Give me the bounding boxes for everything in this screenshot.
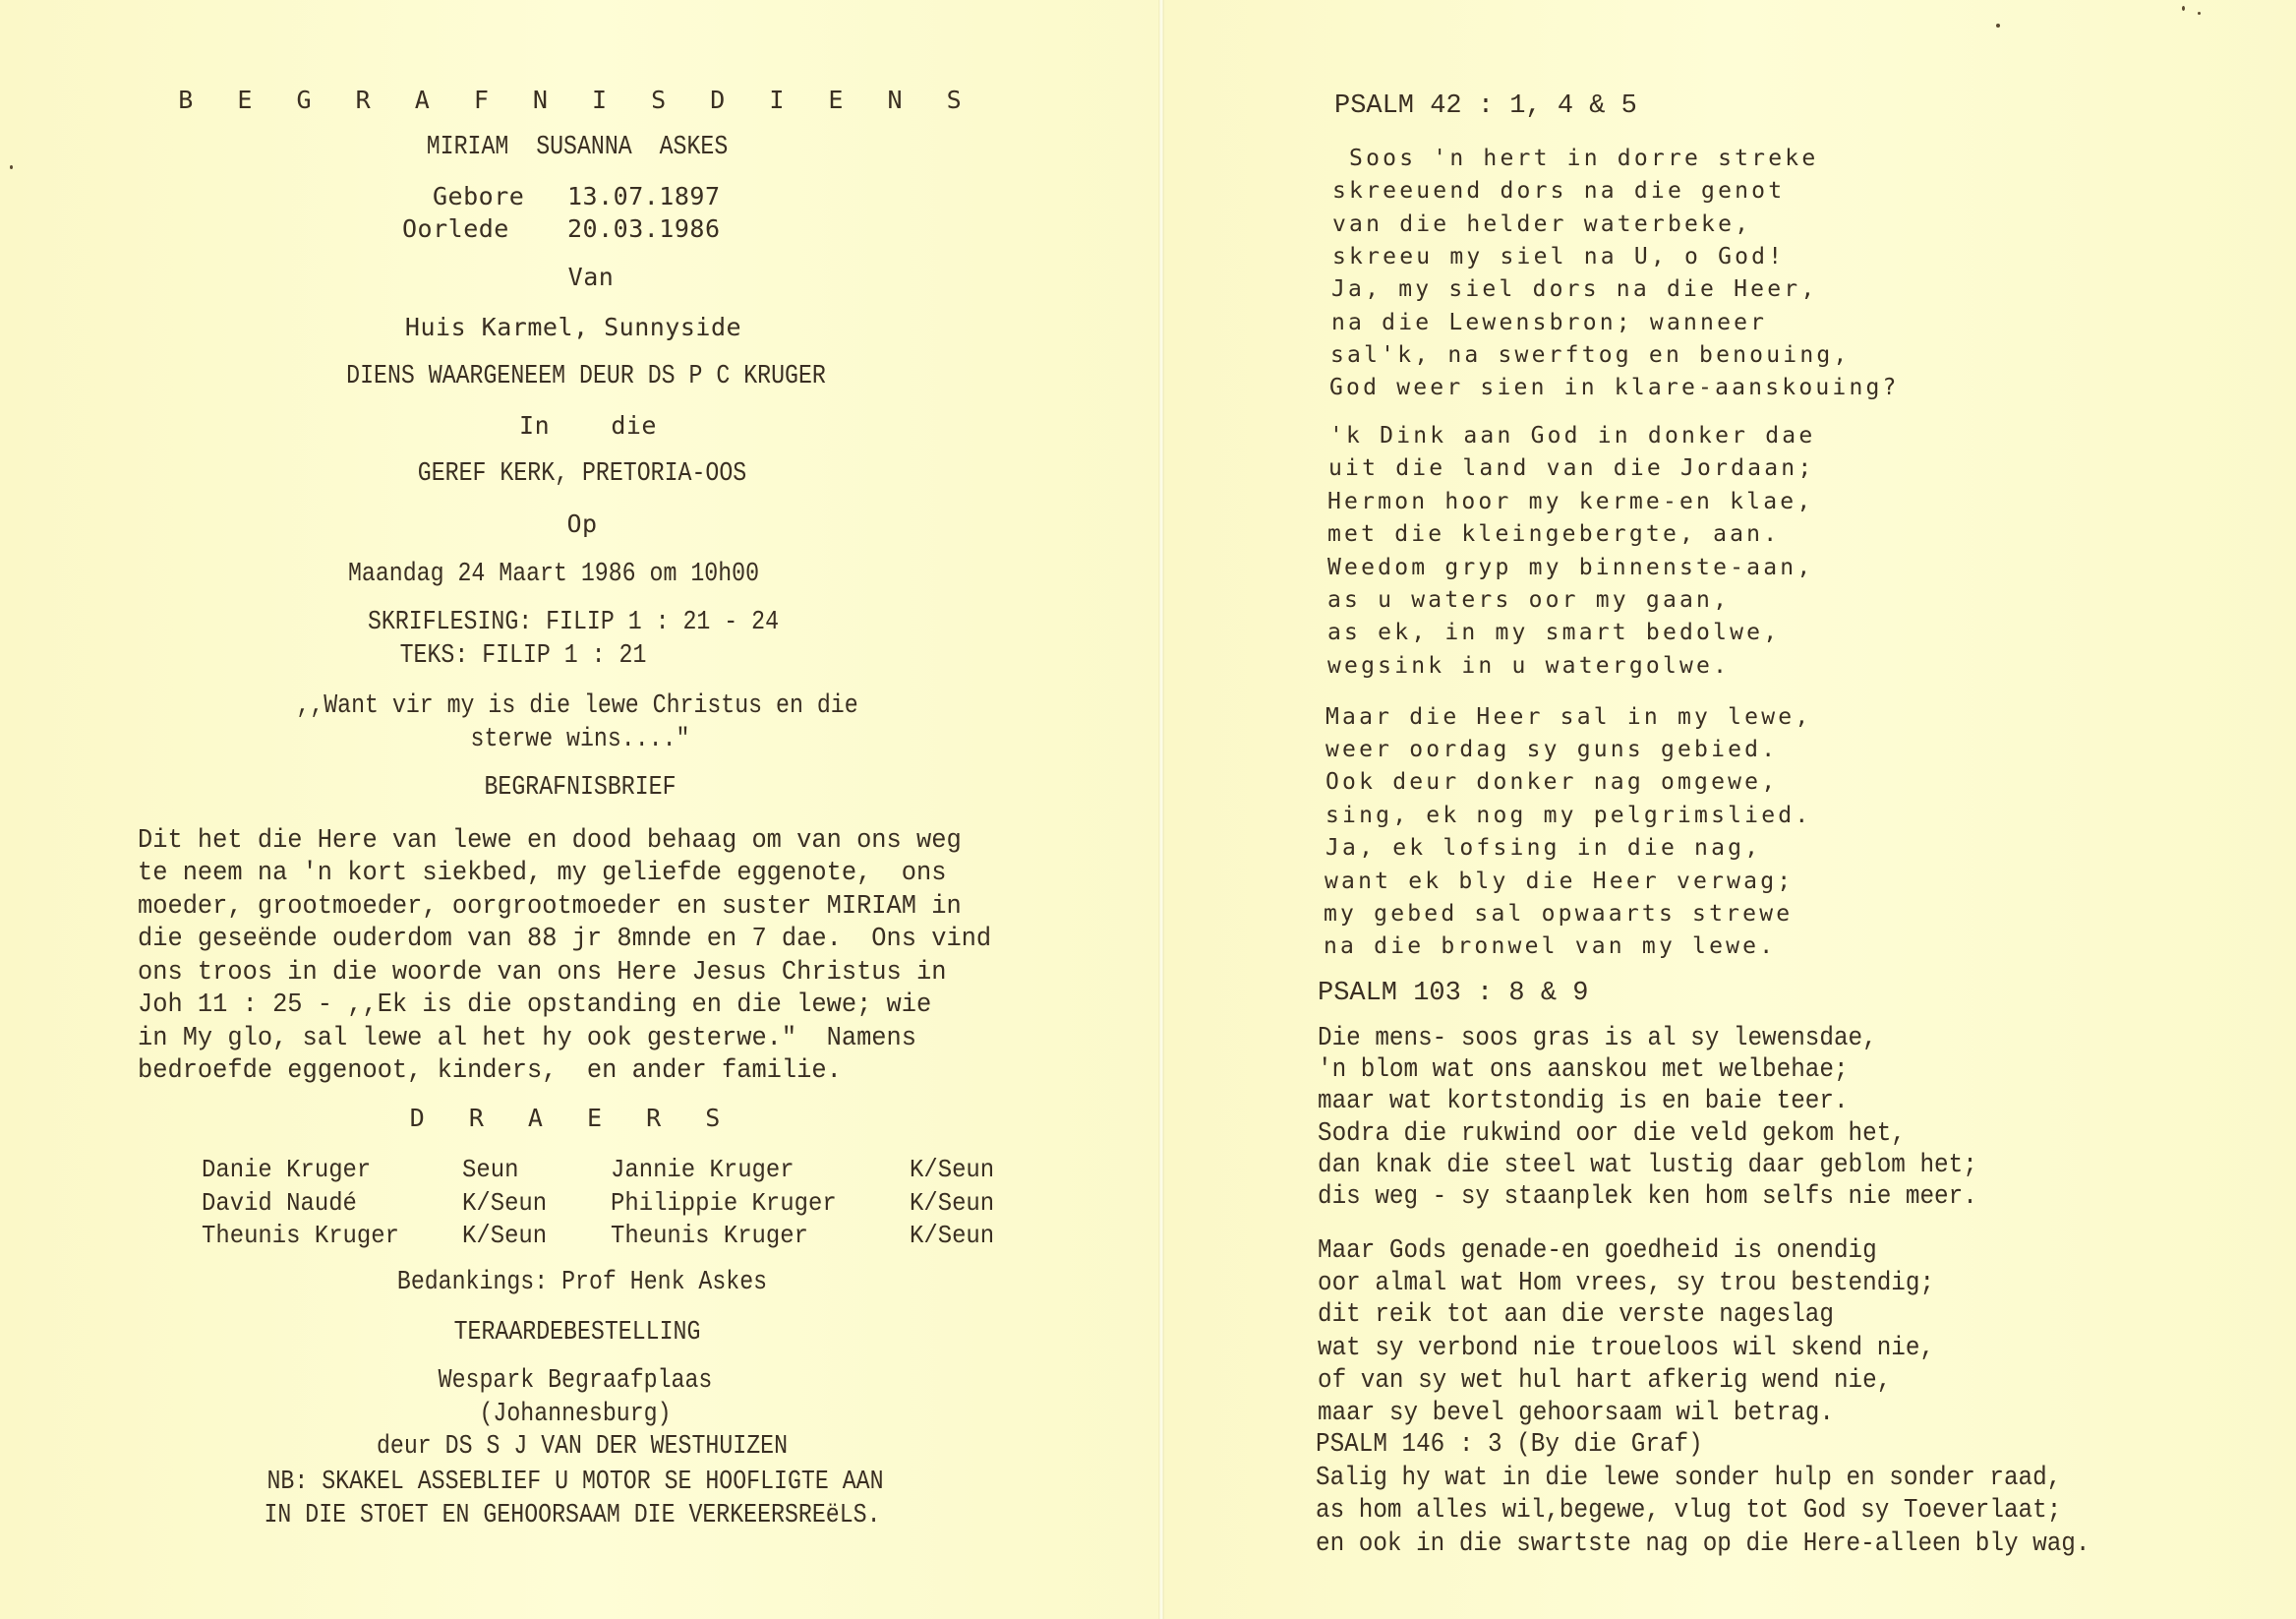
text-reference: TEKS: FILIP 1 : 21: [400, 643, 647, 670]
pallbearer-relation: K/Seun: [910, 1188, 994, 1218]
verse-line: Die mens- soos gras is al sy lewensdae,: [1318, 1024, 1877, 1053]
verse-line: as ek, in my smart bedolwe,: [1327, 620, 1780, 645]
pallbearer-name: Theunis Kruger: [202, 1221, 399, 1250]
verse-line: Maar die Heer sal in my lewe,: [1325, 704, 1811, 730]
pallbearer-name: Philippie Kruger: [611, 1188, 837, 1218]
verse-line: uit die land van die Jordaan;: [1328, 455, 1814, 481]
service-datetime: Maandag 24 Maart 1986 om 10h00: [348, 562, 759, 588]
letter-line: bedroefde eggenoot, kinders, en ander fa…: [138, 1056, 842, 1086]
pallbearer-name: Danie Kruger: [202, 1155, 371, 1184]
verse-line: maar wat kortstondig is en baie teer.: [1318, 1087, 1849, 1116]
pallbearer-name: Jannie Kruger: [611, 1155, 795, 1184]
letter-line: te neem na 'n kort siekbed, my geliefde …: [138, 859, 946, 888]
letter-line: in My glo, sal lewe al het hy ook gester…: [138, 1024, 916, 1053]
born-date: 13.07.1897: [567, 184, 721, 209]
verse-line: oor almal wat Hom vrees, sy trou bestend…: [1318, 1269, 1934, 1298]
verse-line: 'n blom wat ons aanskou met welbehae;: [1318, 1055, 1849, 1085]
verse-line: Sodra die rukwind oor die veld gekom het…: [1318, 1119, 1906, 1149]
verse-line: sal'k, na swerftog en benouing,: [1330, 342, 1850, 368]
paper-speck: [10, 165, 13, 169]
pallbearer-name: David Naudé: [202, 1188, 357, 1218]
burial-heading: TERAARDEBESTELLING: [454, 1320, 701, 1347]
pallbearer-relation: K/Seun: [910, 1221, 994, 1250]
quote-line-1: ,,Want vir my is die lewe Christus en di…: [296, 693, 857, 720]
letter-line: Dit het die Here van lewe en dood behaag…: [138, 826, 962, 856]
notice-line-1: NB: SKAKEL ASSEBLIEF U MOTOR SE HOOFLIGT…: [266, 1469, 883, 1496]
verse-line: dan knak die steel wat lustig daar geblo…: [1318, 1151, 1977, 1180]
psalm-146-heading: PSALM 146 : 3 (By die Graf): [1316, 1430, 1703, 1460]
born-label: Gebore: [433, 184, 524, 209]
verse-line: my gebed sal opwaarts strewe: [1324, 901, 1793, 927]
verse-line: Soos 'n hert in dorre streke: [1332, 146, 1818, 171]
verse-line: Weedom gryp my binnenste-aan,: [1327, 555, 1813, 580]
pallbearers-heading: D R A E R S: [410, 1106, 736, 1130]
page-fold: [1158, 0, 1164, 1619]
verse-line: wegsink in u watergolwe.: [1327, 653, 1730, 679]
pallbearer-relation: K/Seun: [910, 1155, 994, 1184]
verse-line: Ja, ek lofsing in die nag,: [1325, 835, 1761, 861]
pallbearer-relation: K/Seun: [462, 1188, 547, 1218]
verse-line: dit reik tot aan die verste nageslag: [1318, 1300, 1834, 1330]
letter-line: ons troos in die woorde van ons Here Jes…: [138, 958, 946, 988]
pallbearer-relation: Seun: [462, 1155, 518, 1184]
verse-line: Ja, my siel dors na die Heer,: [1331, 276, 1817, 302]
verse-line: want ek bly die Heer verwag;: [1325, 869, 1794, 894]
verse-line: 'k Dink aan God in donker dae: [1329, 423, 1815, 449]
paper-speck: [2182, 6, 2185, 11]
psalm-103-heading: PSALM 103 : 8 & 9: [1318, 981, 1588, 1007]
letter-heading: BEGRAFNISBRIEF: [484, 775, 676, 802]
verse-line: maar sy bevel gehoorsaam wil betrag.: [1318, 1399, 1834, 1428]
pallbearer-relation: K/Seun: [462, 1221, 547, 1250]
notice-line-2: IN DIE STOET EN GEHOORSAAM DIE VERKEERSR…: [264, 1503, 880, 1529]
pallbearer-name: Theunis Kruger: [611, 1221, 808, 1250]
verse-line: as hom alles wil,begewe, vlug tot God sy…: [1316, 1496, 2061, 1526]
verse-line: Maar Gods genade-en goedheid is onendig: [1318, 1236, 1877, 1266]
in-label: In die: [519, 413, 657, 438]
residence: Huis Karmel, Sunnyside: [405, 315, 741, 339]
church: GEREF KERK, PRETORIA-OOS: [418, 461, 746, 488]
verse-line: weer oordag sy guns gebied.: [1325, 737, 1778, 762]
psalm-42-heading: PSALM 42 : 1, 4 & 5: [1334, 93, 1637, 120]
deceased-name: MIRIAM SUSANNA ASKES: [427, 135, 729, 161]
verse-line: en ook in die swartste nag op die Here-a…: [1316, 1529, 2090, 1559]
verse-line: na die bronwel van my lewe.: [1324, 933, 1776, 959]
verse-line: na die Lewensbron; wanneer: [1331, 310, 1767, 335]
cemetery: Wespark Begraafplaas: [439, 1368, 713, 1395]
document-title: B E G R A F N I S D I E N S: [178, 88, 975, 112]
verse-line: skreeuend dors na die genot: [1332, 178, 1785, 204]
letter-line: Joh 11 : 25 - ,,Ek is die opstanding en …: [138, 990, 931, 1020]
verse-line: sing, ek nog my pelgrimslied.: [1325, 803, 1811, 828]
verse-line: met die kleingebergte, aan.: [1327, 521, 1780, 547]
from-label: Van: [568, 265, 615, 289]
city: (Johannesburg): [479, 1402, 671, 1428]
verse-line: Salig hy wat in die lewe sonder hulp en …: [1316, 1464, 2061, 1493]
on-label: Op: [566, 511, 597, 536]
verse-line: of van sy wet hul hart afkerig wend nie,: [1318, 1366, 1891, 1396]
verse-line: wat sy verbond nie troueloos wil skend n…: [1318, 1334, 1934, 1363]
died-date: 20.03.1986: [567, 216, 721, 241]
paper-speck: [1996, 24, 2000, 28]
verse-line: Hermon hoor my kerme-en klae,: [1327, 489, 1813, 514]
scripture-reading: SKRIFLESING: FILIP 1 : 21 - 24: [368, 610, 779, 636]
quote-line-2: sterwe wins....": [471, 727, 690, 753]
died-label: Oorlede: [402, 216, 509, 241]
burial-officiant: deur DS S J VAN DER WESTHUIZEN: [377, 1434, 788, 1461]
letter-line: moeder, grootmoeder, oorgrootmoeder en s…: [138, 892, 962, 922]
verse-line: dis weg - sy staanplek ken hom selfs nie…: [1318, 1182, 1977, 1212]
paper-speck: [2198, 12, 2201, 15]
verse-line: van die helder waterbeke,: [1332, 211, 1751, 237]
officiant: DIENS WAARGENEEM DEUR DS P C KRUGER: [346, 364, 826, 390]
verse-line: as u waters oor my gaan,: [1327, 587, 1730, 613]
verse-line: God weer sien in klare-aanskouing?: [1329, 375, 1900, 400]
verse-line: Ook deur donker nag omgewe,: [1325, 769, 1778, 795]
thanks: Bedankings: Prof Henk Askes: [397, 1270, 767, 1296]
verse-line: skreeu my siel na U, o God!: [1332, 244, 1785, 270]
letter-line: die geseënde ouderdom van 88 jr 8mnde en…: [138, 925, 991, 954]
